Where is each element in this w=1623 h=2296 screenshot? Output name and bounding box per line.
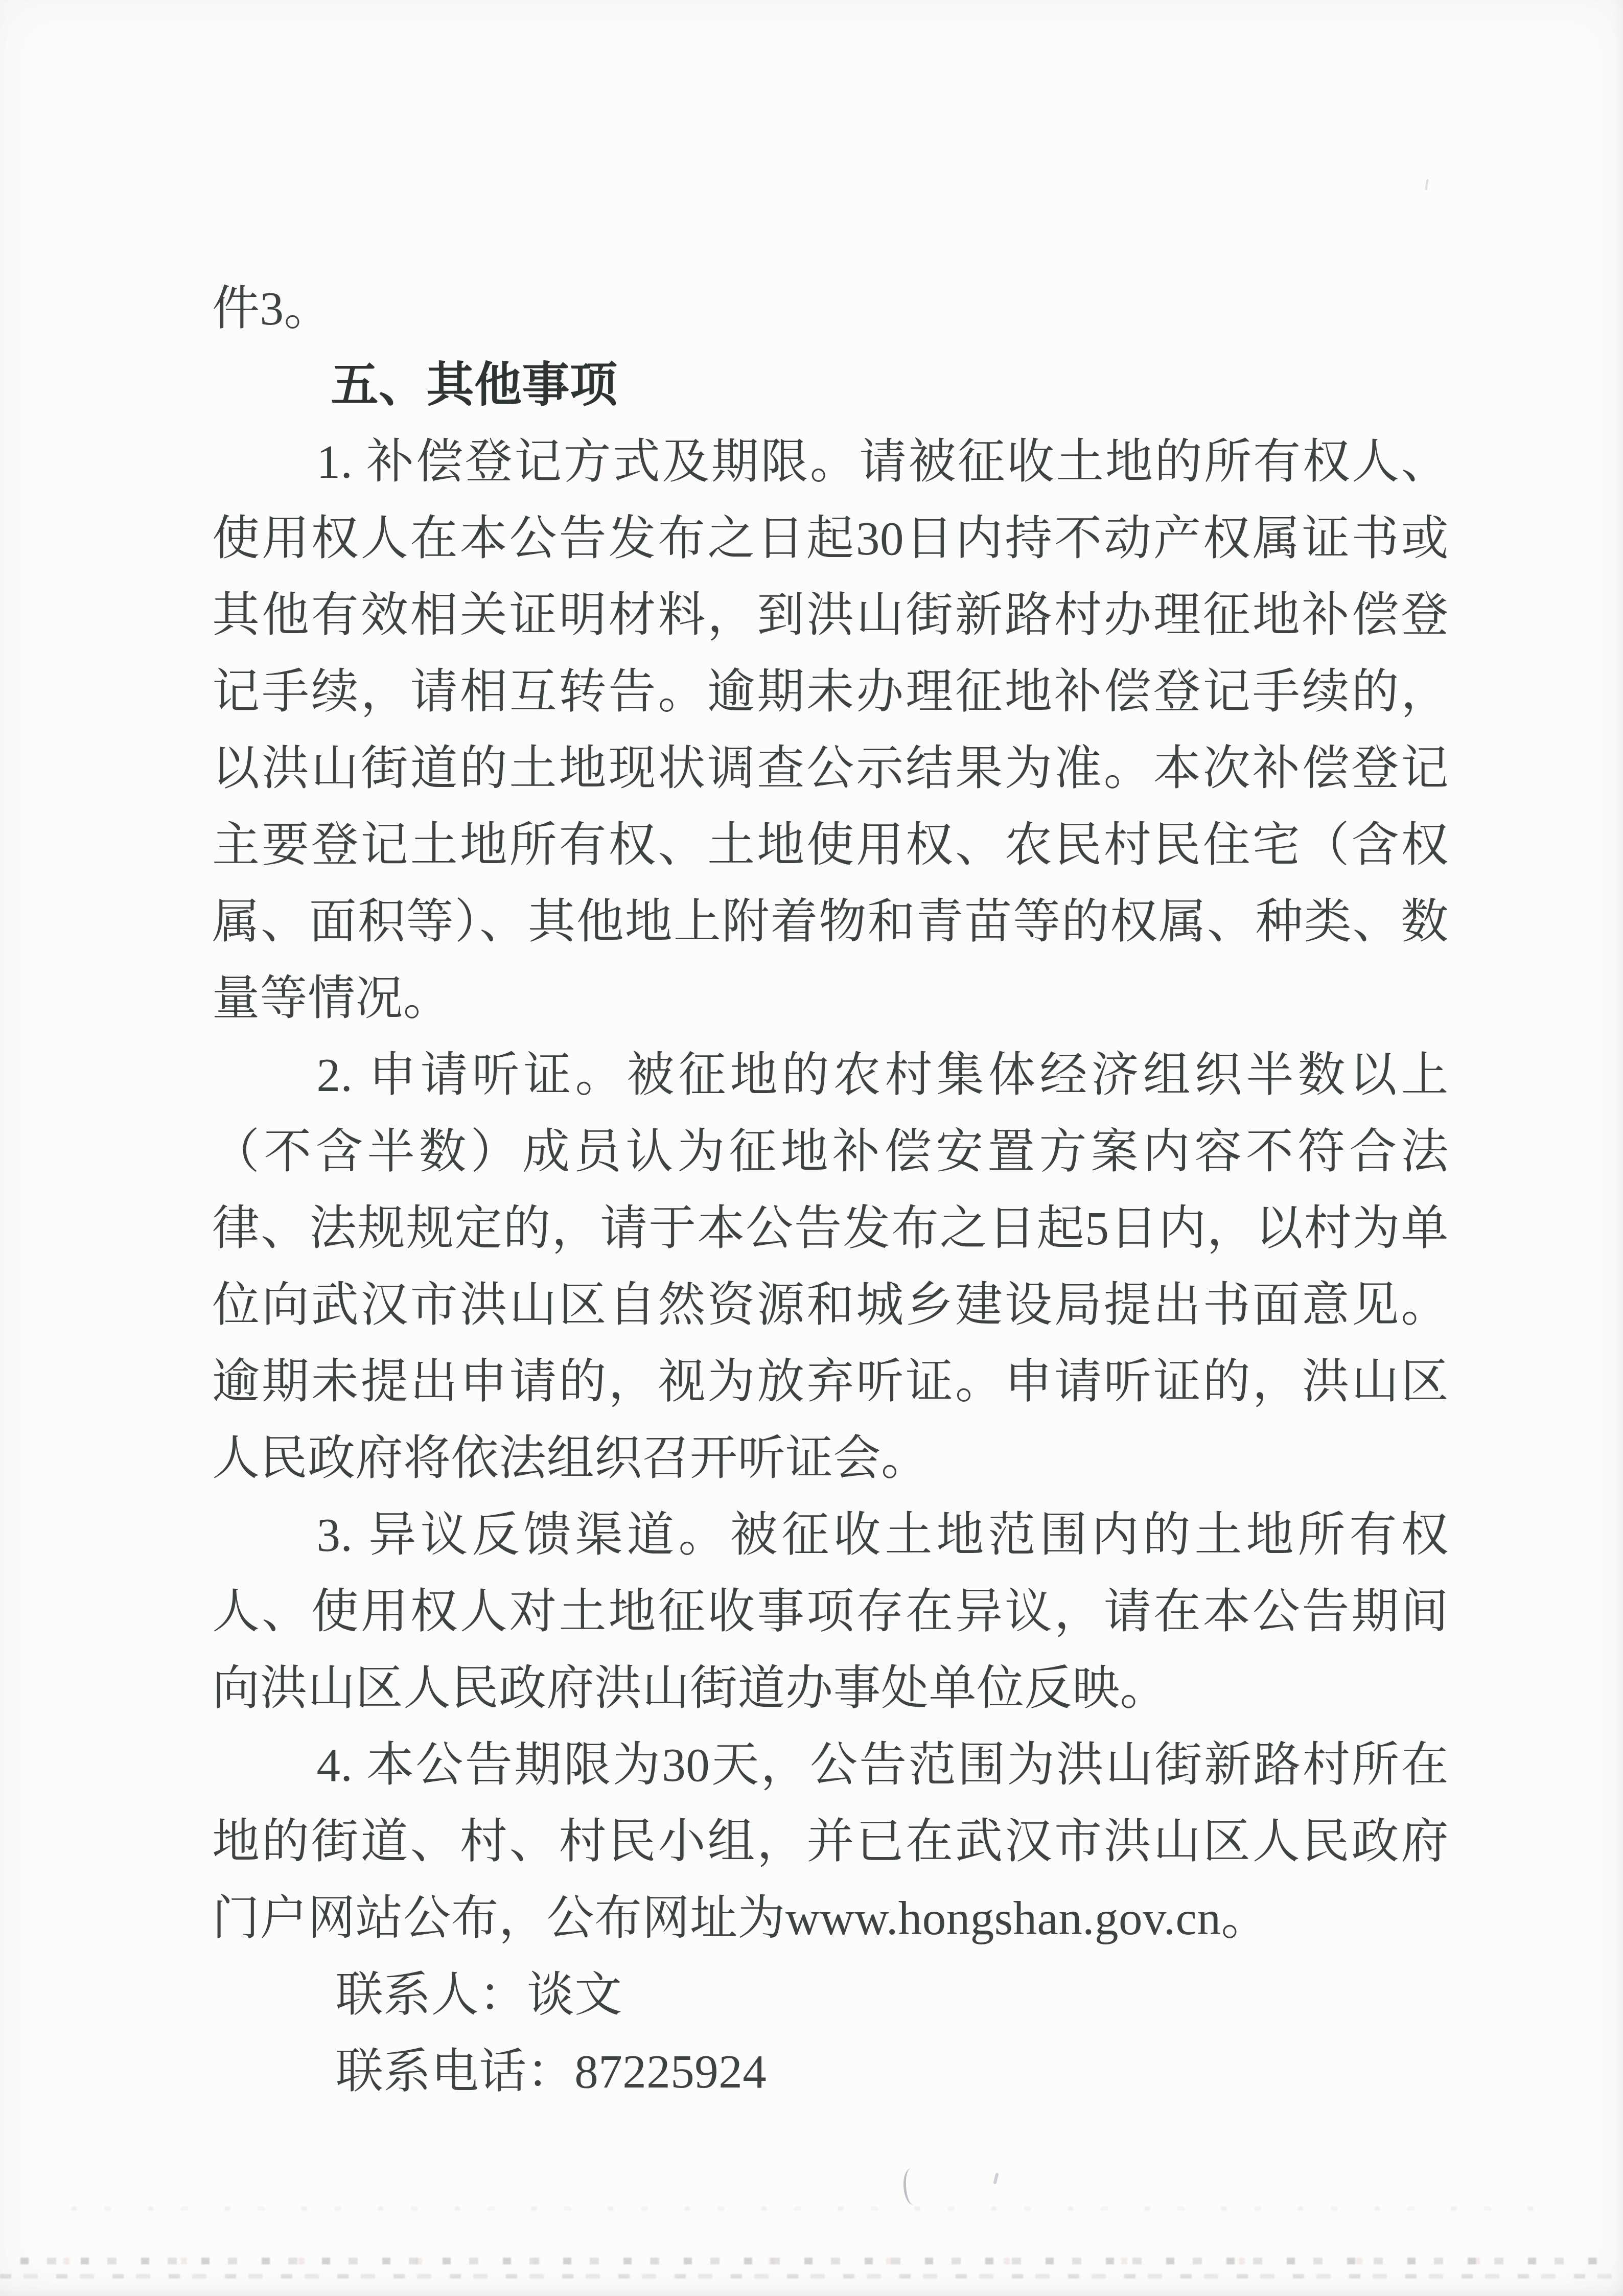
contact-person-line: 联系人：谈文 [212,1957,1449,2034]
contact-person-label: 联系人： [336,1969,527,2022]
scan-artifact-curl-mark [902,2168,921,2206]
contact-phone-label: 联系电话： [336,2046,575,2098]
scanned-document-page: 件3。 五、其他事项 1. 补偿登记方式及期限。请被征收土地的所有权人、使用权人… [0,0,1623,2296]
continuation-text: 件3。 [212,271,1449,347]
scan-artifact-dot-mark [993,2173,999,2185]
document-body: 件3。 五、其他事项 1. 补偿登记方式及期限。请被征收土地的所有权人、使用权人… [212,271,1449,2111]
contact-phone-line: 联系电话：87225924 [212,2034,1449,2111]
scan-noise-band-lower [0,2274,1623,2279]
paragraph-hearing-application: 2. 申请听证。被征地的农村集体经济组织半数以上（不含半数）成员认为征地补偿安置… [212,1037,1449,1497]
paragraph-compensation-registration: 1. 补偿登记方式及期限。请被征收土地的所有权人、使用权人在本公告发布之日起30… [212,424,1449,1037]
paragraph-objection-feedback: 3. 异议反馈渠道。被征收土地范围内的土地所有权人、使用权人对土地征收事项存在异… [212,1497,1449,1727]
paragraph-announcement-period: 4. 本公告期限为30天，公告范围为洪山街新路村所在地的街道、村、村民小组，并已… [212,1727,1449,1957]
scan-noise-band-middle [20,2258,1608,2264]
contact-phone-number: 87225924 [574,2046,767,2098]
scan-noise-band-upper [72,2207,1541,2211]
contact-person-name: 谈文 [527,1969,622,2022]
section-heading: 五、其他事项 [212,347,1449,424]
scan-artifact-tick-top-right [1425,179,1428,190]
